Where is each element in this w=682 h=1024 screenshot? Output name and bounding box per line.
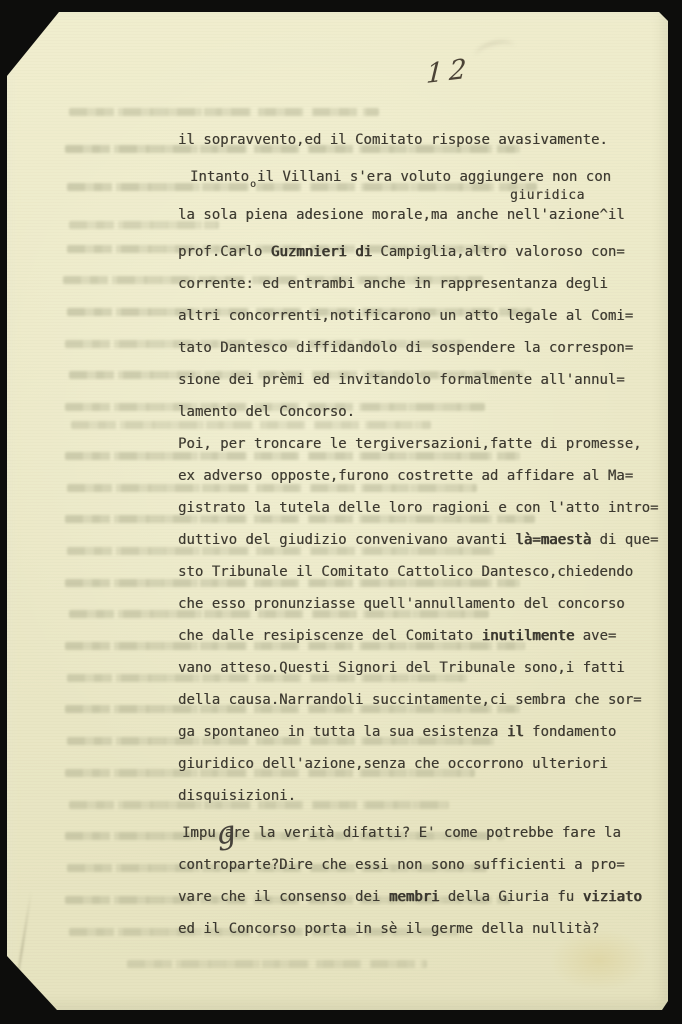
typed-text: Campiglia,altro valoroso con= xyxy=(372,244,625,260)
typed-line: ga spontaneo in tutta la sua esistenza i… xyxy=(178,716,656,748)
typed-text: fondamento xyxy=(524,724,617,740)
typewritten-page: 12 il sopravvento,ed il Comitato rispose… xyxy=(7,12,668,1010)
overstruck-word: di xyxy=(355,244,372,260)
handwritten-letter: g xyxy=(216,833,225,835)
typed-line: vano atteso.Questi Signori del Tribunale… xyxy=(178,652,656,684)
overstruck-word: là=maestà xyxy=(515,532,591,548)
typed-text: di que= xyxy=(591,532,658,548)
insertion-mark: o xyxy=(250,179,256,190)
typed-text: ga spontaneo in tutta la sua esistenza xyxy=(178,724,507,740)
typed-line: duttivo del giudizio convenivano avanti … xyxy=(178,524,656,556)
bleedthrough-line xyxy=(127,960,427,968)
typed-line: lamento del Concorso. xyxy=(178,396,656,428)
typed-text: prof.Carlo xyxy=(178,244,271,260)
typed-text xyxy=(347,244,355,260)
typed-text: are la verità difatti? E' come potrebbe … xyxy=(225,825,621,841)
overstruck-word: inutilmente xyxy=(481,628,574,644)
typed-line: Impugare la verità difatti? E' come potr… xyxy=(178,817,656,849)
typed-line: sione dei prèmi ed invitandolo formalmen… xyxy=(178,364,656,396)
handwritten-page-number: 12 xyxy=(425,53,473,90)
overstruck-word: membri xyxy=(389,889,440,905)
typed-line: che dalle resipiscenze del Comitato inut… xyxy=(178,620,656,652)
pencil-smudge xyxy=(473,37,516,64)
typed-line: ex adverso opposte,furono costrette ad a… xyxy=(178,460,656,492)
interline-insertion-word: giuridica xyxy=(510,180,585,212)
typed-line: tato Dantesco diffidandolo di sospendere… xyxy=(178,332,656,364)
typed-text: che dalle resipiscenze del Comitato xyxy=(178,628,481,644)
typed-line: gistrato la tutela delle loro ragioni e … xyxy=(178,492,656,524)
typed-line: che esso pronunziasse quell'annullamento… xyxy=(178,588,656,620)
typed-line: giuridico dell'azione,senza che occorron… xyxy=(178,748,656,780)
typed-text: della Giuria fu xyxy=(439,889,582,905)
typed-text: Impu xyxy=(182,825,216,841)
photograph-background: 12 il sopravvento,ed il Comitato rispose… xyxy=(0,0,682,1024)
typed-text-block: il sopravvento,ed il Comitato rispose av… xyxy=(178,124,656,945)
typed-line: controparte?Dire che essi non sono suffi… xyxy=(178,849,656,881)
typed-line: corrente: ed entrambi anche in rappresen… xyxy=(178,268,656,300)
overstruck-word: viziato xyxy=(583,889,642,905)
typed-line: della causa.Narrandoli succintamente,ci … xyxy=(178,684,656,716)
typed-text: duttivo del giudizio convenivano avanti xyxy=(178,532,515,548)
typed-line: Poi, per troncare le tergiversazioni,fat… xyxy=(178,428,656,460)
paper-crease xyxy=(12,891,32,1008)
bleedthrough-line xyxy=(69,108,379,116)
typed-line: prof.Carlo Guzmnieri di Campiglia,altro … xyxy=(178,236,656,268)
typed-text: vare che il consenso dei xyxy=(178,889,389,905)
typed-line: disquisizioni. xyxy=(178,780,656,812)
typed-line: altri concorrenti,notificarono un atto l… xyxy=(178,300,656,332)
overstruck-word: il xyxy=(507,724,524,740)
typed-line: il sopravvento,ed il Comitato rispose av… xyxy=(178,124,656,156)
typed-line: ed il Concorso porta in sè il germe dell… xyxy=(178,913,656,945)
interline-insertion: giuridica xyxy=(178,193,656,199)
typed-text: Intanto xyxy=(190,169,249,185)
typed-line: sto Tribunale il Comitato Cattolico Dant… xyxy=(178,556,656,588)
typed-line: vare che il consenso dei membri della Gi… xyxy=(178,881,656,913)
typed-text: ave= xyxy=(574,628,616,644)
overstruck-word: Guzmnieri xyxy=(271,244,347,260)
